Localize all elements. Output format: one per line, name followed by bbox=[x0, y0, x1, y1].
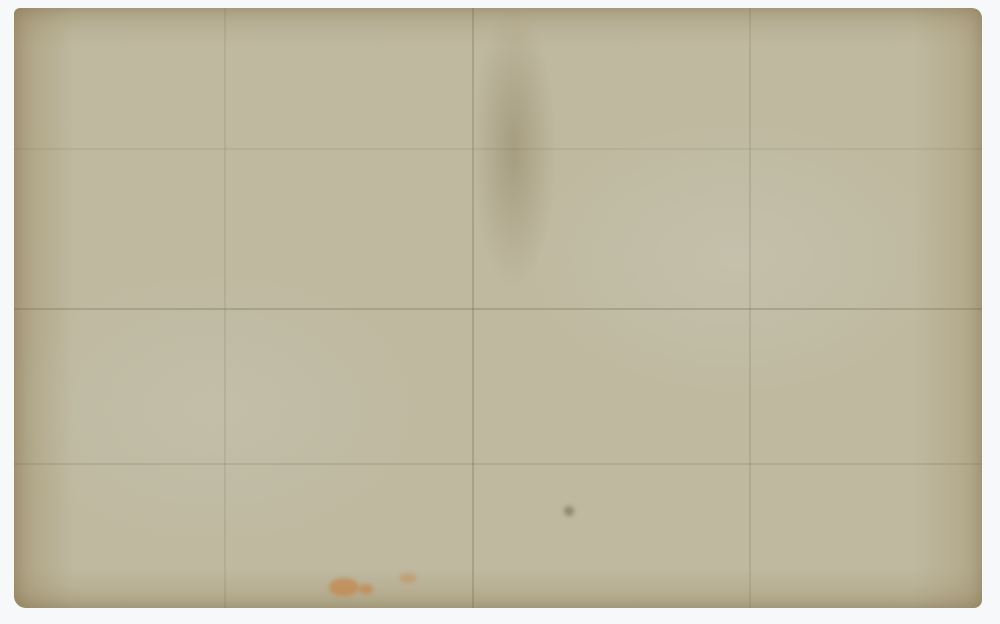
fold-line bbox=[14, 463, 982, 465]
horizontal-fold bbox=[14, 308, 982, 310]
fold-line bbox=[14, 148, 982, 150]
rust-stain bbox=[399, 573, 417, 583]
spot bbox=[564, 506, 574, 516]
rust-stain bbox=[329, 578, 359, 596]
rust-stain bbox=[359, 584, 373, 594]
aged-paper bbox=[14, 8, 982, 608]
